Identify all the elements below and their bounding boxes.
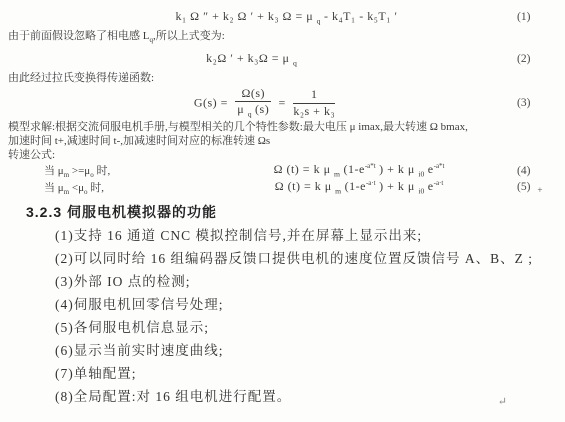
equation-number-5: (5)+	[503, 181, 565, 195]
paragraph-inductance-note: 由于前面假设忽略了相电感 Lq,所以上式变为:	[8, 29, 565, 48]
equation-2: k₂Ω ′ + k₃Ω = μ q	[0, 51, 503, 67]
equation-row-1: k₁ Ω ″ + k₂ Ω ′ + k₃ Ω = μ q - k₄T₁ - k₅…	[0, 8, 565, 26]
feature-list-item: (7)单轴配置;	[55, 362, 565, 385]
equation-1: k₁ Ω ″ + k₂ Ω ′ + k₃ Ω = μ q - k₄T₁ - k₅…	[0, 9, 503, 25]
model-line-3: 转速公式:	[8, 148, 565, 162]
equation-number-3: (3)	[503, 97, 565, 109]
section-heading: 3.2.3 伺服电机模拟器的功能	[26, 202, 565, 220]
equation-row-5: 当 μm <μo 时, Ω (t) = k μ m (1-e-a·t ) + k…	[0, 179, 565, 196]
equation-row-2: k₂Ω ′ + k₃Ω = μ q (2)	[0, 50, 565, 68]
equation-number-5-label: (5)	[517, 181, 530, 193]
feature-list-item: (6)显示当前实时速度曲线;	[55, 339, 565, 362]
feature-list: (1)支持 16 通道 CNC 模拟控制信号,并在屏幕上显示出来; (2)可以同…	[55, 224, 565, 408]
equation-number-2: (2)	[503, 53, 565, 65]
feature-list-item: (2)可以同时给 16 组编码器反馈口提供电机的速度位置反馈信号 A、B、Z ;	[55, 247, 565, 270]
feature-list-item: (8)全局配置:对 16 组电机进行配置。	[55, 385, 565, 408]
feature-list-item: (4)伺服电机回零信号处理;	[55, 293, 565, 316]
equation-number-4: (4)	[503, 165, 565, 177]
condition-5: 当 μm <μo 时,	[0, 179, 215, 196]
model-line-1: 模型求解:根据交流伺服电机手册,与模型相关的几个特性参数:最大电压 μ imax…	[8, 120, 565, 134]
equation-number-1: (1)	[503, 11, 565, 23]
feature-list-item: (1)支持 16 通道 CNC 模拟控制信号,并在屏幕上显示出来;	[55, 224, 565, 247]
model-line-2: 加速时间 t+,减速时间 t-,加减速时间对应的标准转速 Ωs	[8, 134, 565, 148]
feature-list-item: (3)外部 IO 点的检测;	[55, 270, 565, 293]
equation-3: G(s) = Ω(s)μ q (s) = 1k₂s + k₃	[0, 87, 503, 120]
equation-5: Ω (t) = k μ m (1-e-a·t ) + k μ i0 e-a·t	[215, 179, 503, 195]
paragraph-model-solving: 模型求解:根据交流伺服电机手册,与模型相关的几个特性参数:最大电压 μ imax…	[8, 120, 565, 162]
document-page: k₁ Ω ″ + k₂ Ω ′ + k₃ Ω = μ q - k₄T₁ - k₅…	[0, 0, 565, 422]
equation-row-4: 当 μm >=μo 时, Ω (t) = k μ m (1-e-a*t ) + …	[0, 162, 565, 179]
feature-list-item: (5)各伺服电机信息显示;	[55, 316, 565, 339]
return-mark-icon: ↵	[498, 395, 507, 408]
stray-plus-mark: +	[537, 185, 542, 195]
equation-row-3: G(s) = Ω(s)μ q (s) = 1k₂s + k₃ (3)	[0, 88, 565, 118]
paragraph-laplace-note: 由此经过拉氏变换得传递函数:	[8, 71, 565, 86]
equation-4: Ω (t) = k μ m (1-e-a*t ) + k μ i0 e-a*t	[215, 162, 503, 178]
condition-4: 当 μm >=μo 时,	[0, 162, 215, 179]
